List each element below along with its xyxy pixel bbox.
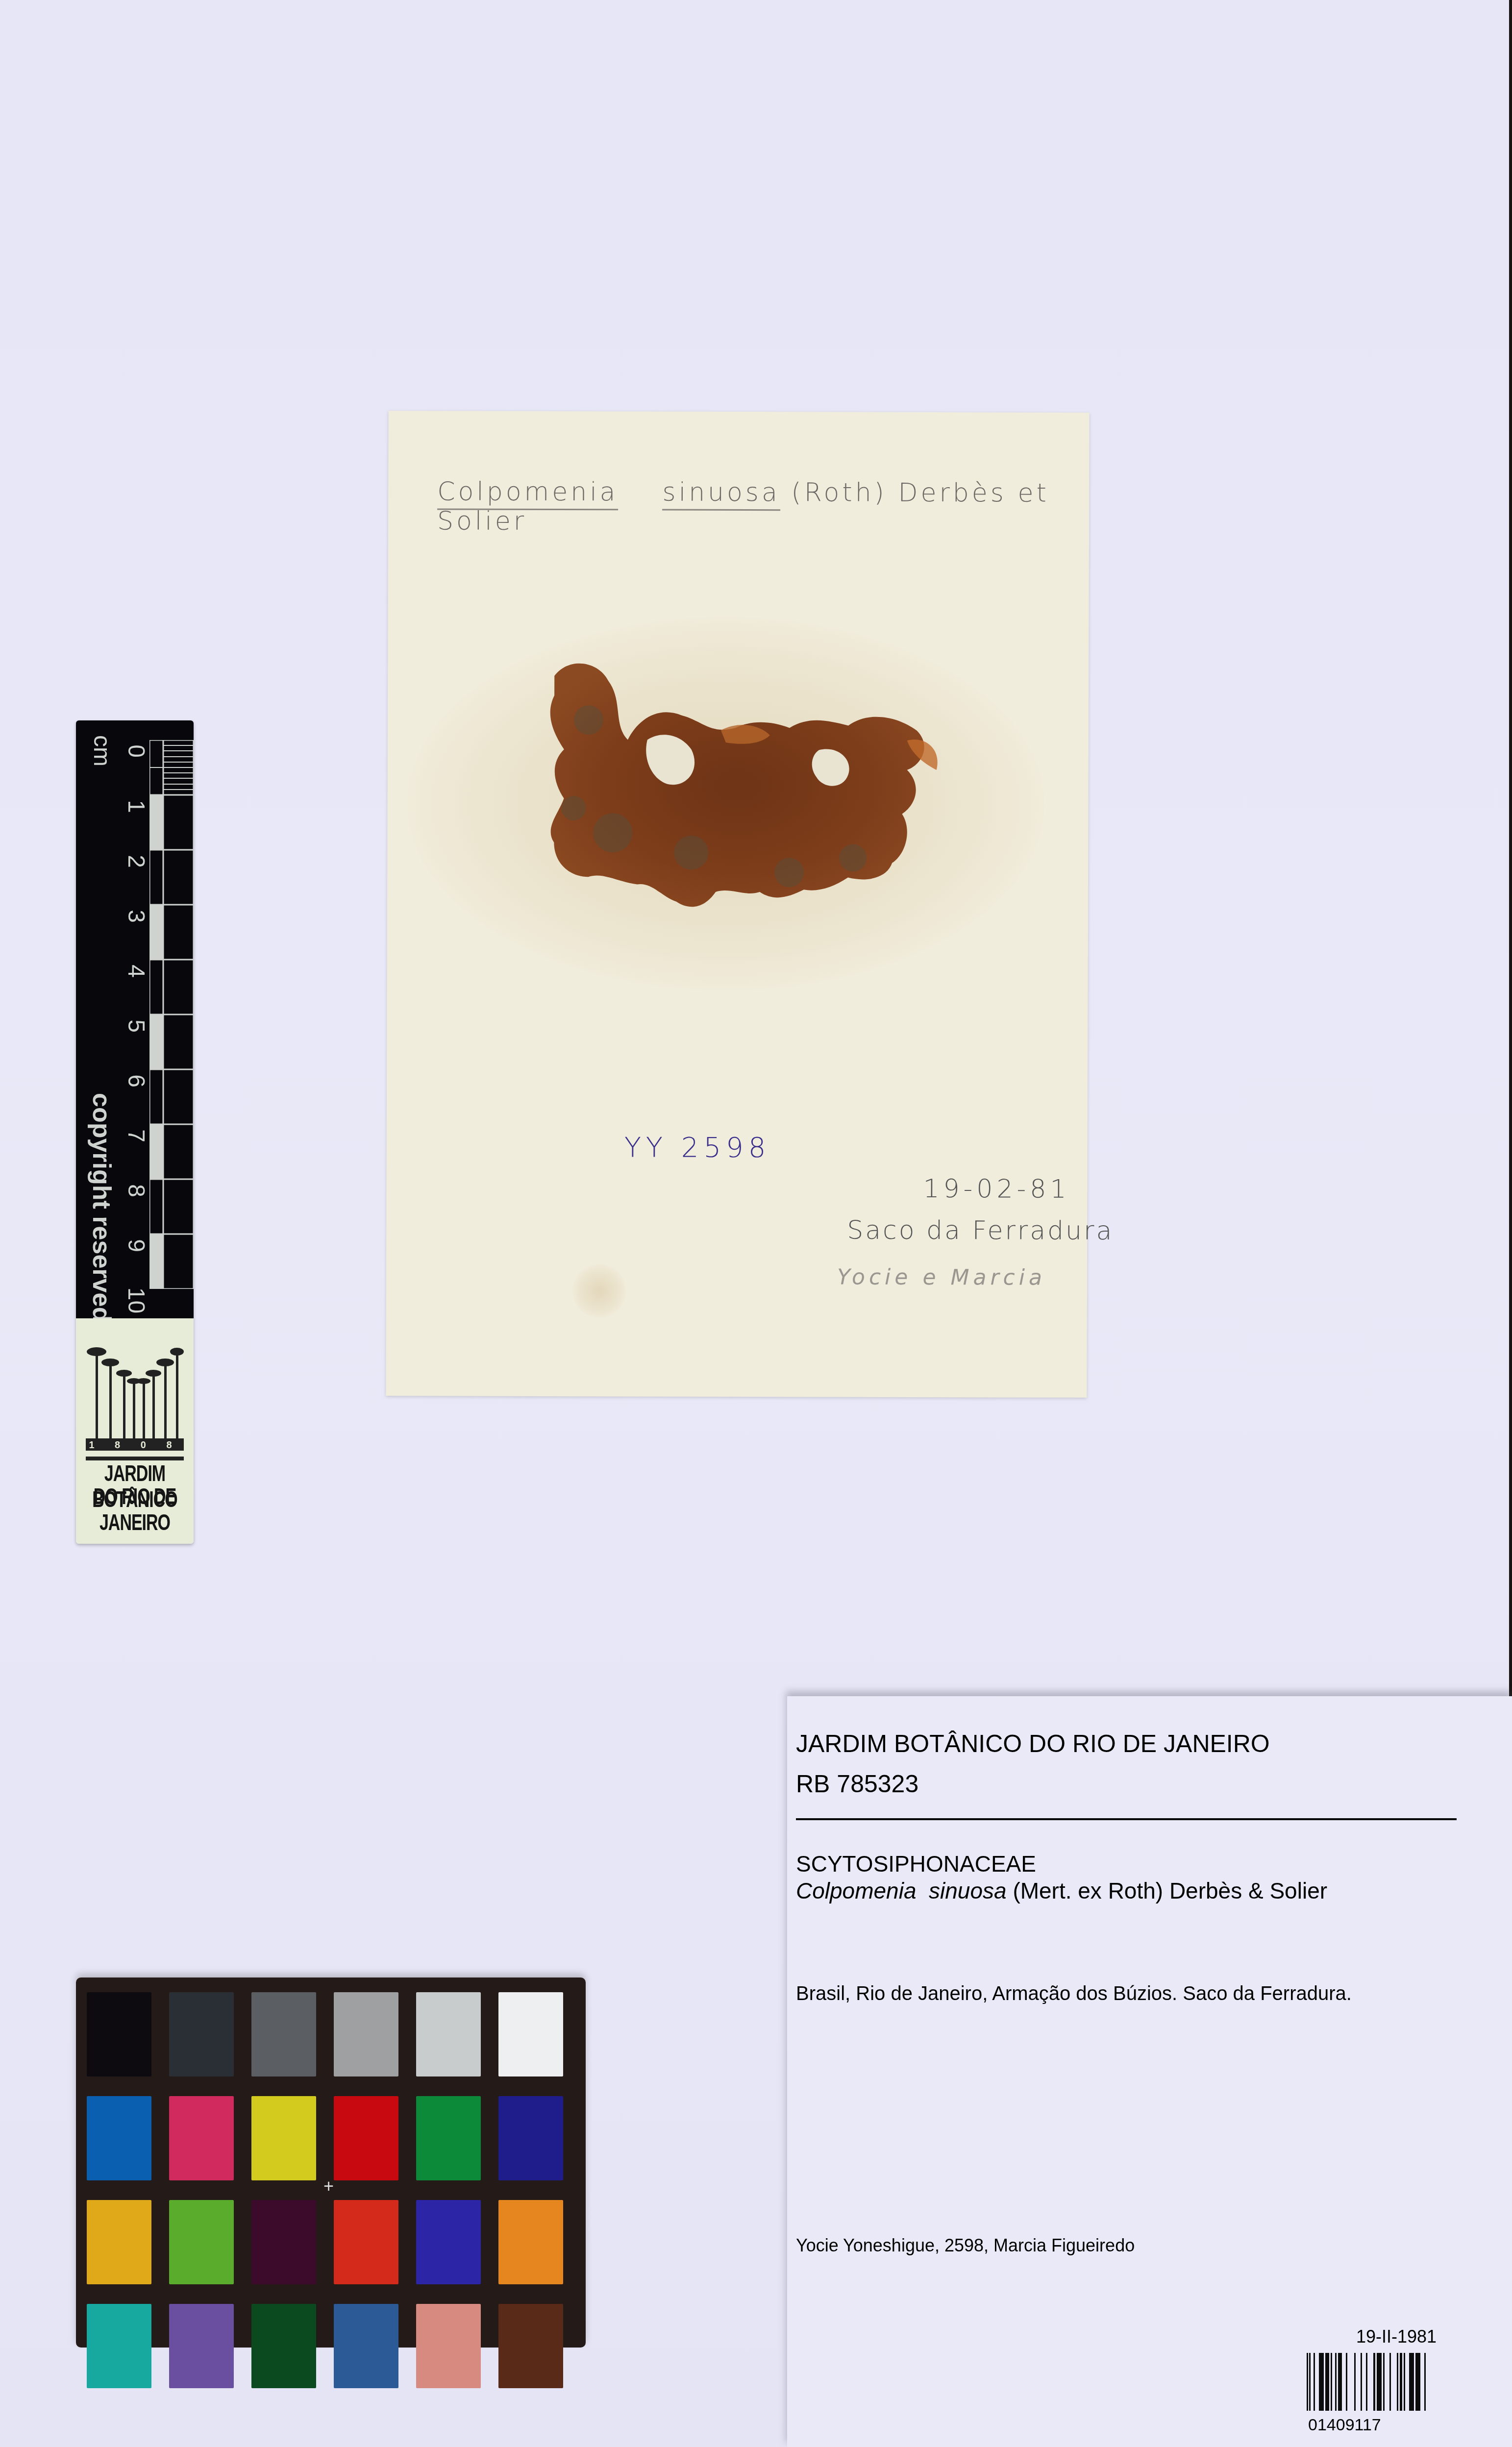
color-swatch <box>498 2304 563 2388</box>
handwritten-date: 19-02-81 <box>923 1174 1070 1204</box>
handwritten-epithet: sinuosa <box>663 478 780 511</box>
herbarium-label: JARDIM BOTÂNICO DO RIO DE JANEIRO RB 785… <box>787 1696 1512 2447</box>
algae-specimen <box>515 646 1006 981</box>
barcode-space <box>1342 2353 1346 2411</box>
family-name: SCYTOSIPHONACEAE <box>796 1851 1036 1877</box>
color-checker-card: + <box>76 1977 586 2348</box>
taxon-epithet: sinuosa <box>929 1878 1007 1903</box>
barcode-space <box>1385 2353 1389 2411</box>
color-swatch <box>334 1992 398 2076</box>
color-swatch <box>416 2200 481 2284</box>
color-swatch <box>169 2304 234 2388</box>
ruler-tick-label: 4 <box>123 957 149 986</box>
color-swatch <box>87 2304 151 2388</box>
scale-ruler: cm 0 1 2 3 4 5 6 7 8 9 10 copyright rese… <box>76 720 194 1544</box>
logo-year: 1 8 0 8 <box>82 1440 188 1451</box>
barcode-space <box>1367 2353 1373 2411</box>
barcode-space <box>1420 2353 1424 2411</box>
handwritten-taxon: Colpomenia sinuosa (Roth) Derbès et Soli… <box>437 477 1089 537</box>
collection-date: 19-II-1981 <box>1356 2326 1437 2347</box>
ruler-unit: cm <box>88 735 115 766</box>
barcode <box>1307 2353 1473 2411</box>
color-swatch <box>498 2200 563 2284</box>
label-divider <box>796 1818 1457 1820</box>
barcode-bar <box>1409 2353 1414 2411</box>
collector: Yocie Yoneshigue, 2598, Marcia Figueired… <box>796 2235 1135 2256</box>
color-swatch <box>416 2304 481 2388</box>
color-swatch <box>251 2096 316 2180</box>
barcode-space <box>1391 2353 1397 2411</box>
ruler-body: cm 0 1 2 3 4 5 6 7 8 9 10 copyright rese… <box>76 720 194 1318</box>
color-swatch <box>87 1992 151 2076</box>
color-swatch <box>416 2096 481 2180</box>
handwritten-locality: Saco da Ferradura <box>847 1216 1114 1246</box>
color-swatch <box>87 2200 151 2284</box>
crosshair-icon: + <box>323 2177 334 2195</box>
color-swatch <box>251 1992 316 2076</box>
locality: Brasil, Rio de Janeiro, Armação dos Búzi… <box>796 1983 1352 2005</box>
logo-line-2: DO RIO DE JANEIRO <box>82 1484 188 1535</box>
barcode-bar <box>1377 2353 1382 2411</box>
handwritten-genus: Colpomenia <box>437 477 618 510</box>
taxon-genus: Colpomenia <box>796 1878 916 1903</box>
color-swatch <box>251 2200 316 2284</box>
taxon-author: (Mert. ex Roth) Derbès & Solier <box>1013 1878 1327 1903</box>
ruler-tick-label: 8 <box>123 1176 149 1206</box>
taxon-name: Colpomenia sinuosa (Mert. ex Roth) Derbè… <box>796 1878 1327 1904</box>
specimen-packet: Colpomenia sinuosa (Roth) Derbès et Soli… <box>386 411 1089 1398</box>
ruler-logo-panel: 1 8 0 8 JARDIM BOTÂNICO DO RIO DE JANEIR… <box>76 1318 194 1544</box>
ruler-tick-label: 0 <box>123 737 149 766</box>
barcode-space <box>1362 2353 1366 2411</box>
barcode-bar <box>1338 2353 1342 2411</box>
barcode-bar <box>1319 2353 1324 2411</box>
ruler-tick-label: 10 <box>123 1286 149 1315</box>
ruler-copyright: copyright reserved <box>87 1093 116 1322</box>
handwritten-collector-number: YY 2598 <box>624 1132 771 1164</box>
ruler-tick-label: 9 <box>123 1231 149 1261</box>
barcode-space <box>1405 2353 1409 2411</box>
color-swatch <box>416 1992 481 2076</box>
color-swatch <box>87 2096 151 2180</box>
color-swatch <box>334 2200 398 2284</box>
color-swatch <box>169 2200 234 2284</box>
ruler-tick-label: 7 <box>123 1121 149 1151</box>
ruler-tick-label: 3 <box>123 902 149 931</box>
palm-trees-icon <box>86 1343 184 1451</box>
ruler-tick-label: 2 <box>123 847 149 876</box>
handwritten-collectors: Yocie e Marcia <box>837 1265 1046 1290</box>
accession-number: RB 785323 <box>796 1770 918 1798</box>
institution-name: JARDIM BOTÂNICO DO RIO DE JANEIRO <box>796 1730 1270 1758</box>
spot-stain <box>572 1264 626 1318</box>
color-swatch <box>169 1992 234 2076</box>
barcode-bar <box>1415 2353 1420 2411</box>
ruler-tick-label: 6 <box>123 1066 149 1096</box>
barcode-space <box>1347 2353 1354 2411</box>
color-swatch <box>334 2096 398 2180</box>
color-swatch <box>334 2304 398 2388</box>
ruler-scale-bars <box>149 740 194 1289</box>
color-swatch <box>498 1992 563 2076</box>
color-swatch <box>251 2304 316 2388</box>
barcode-number: 01409117 <box>1308 2416 1381 2435</box>
logo-rule <box>86 1457 184 1460</box>
barcode-space <box>1315 2353 1319 2411</box>
barcode-bar <box>1325 2353 1329 2411</box>
barcode-space <box>1356 2353 1361 2411</box>
ruler-tick-label: 5 <box>123 1012 149 1041</box>
barcode-bar <box>1424 2353 1426 2411</box>
ruler-tick-label: 1 <box>123 792 149 821</box>
color-swatch <box>169 2096 234 2180</box>
color-swatch <box>498 2096 563 2180</box>
